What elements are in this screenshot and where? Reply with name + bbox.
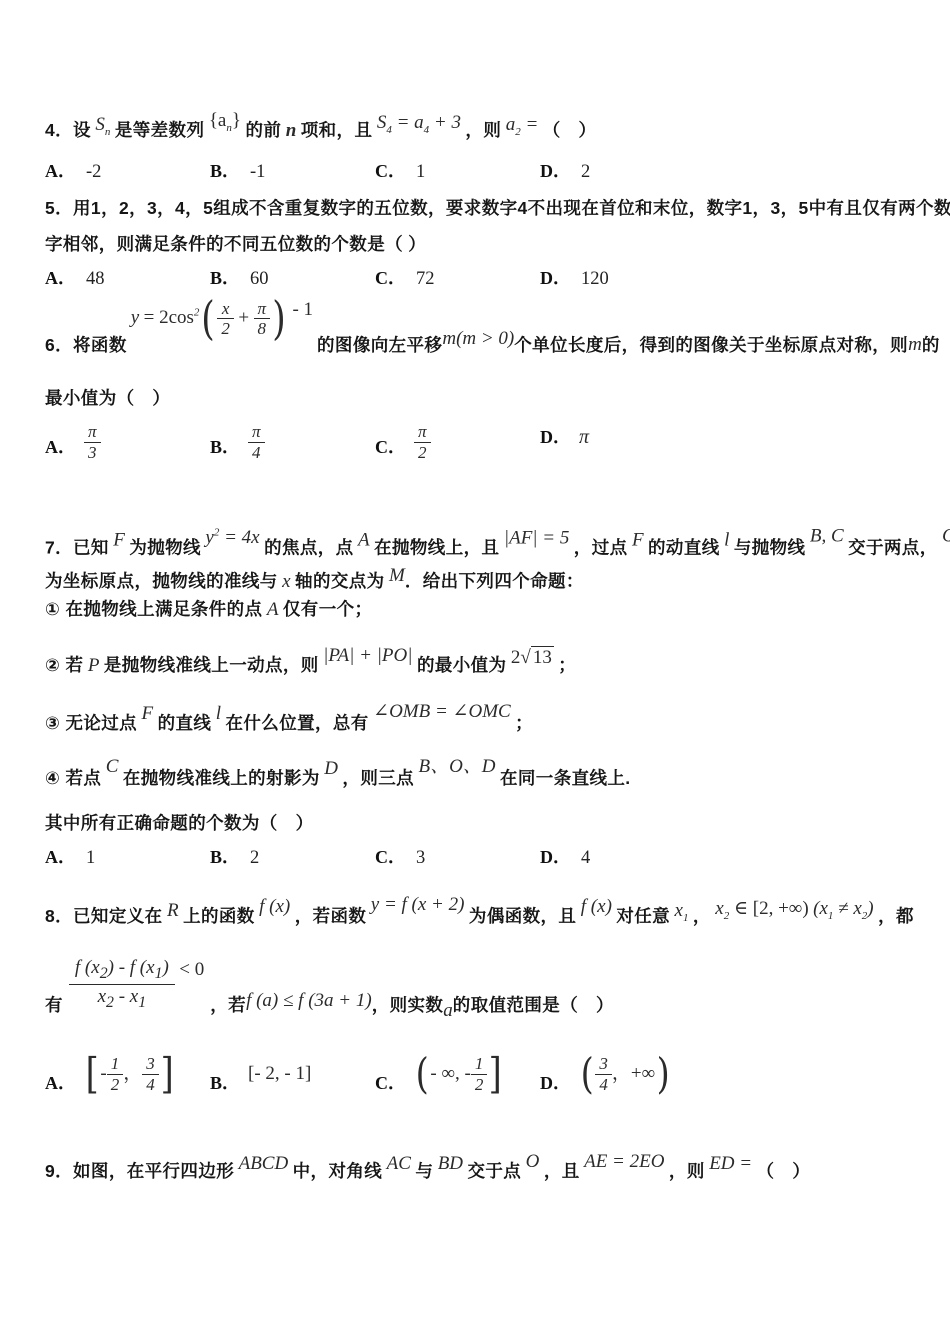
option-a: A．π3 [45, 422, 101, 462]
numerator: 1 [471, 1054, 488, 1075]
fraction: π2 [414, 422, 431, 462]
math-C: C [106, 756, 119, 777]
interval-value: (34，+∞) [579, 1054, 672, 1094]
math-interval: ∈ [2, +∞) [734, 898, 809, 919]
q5-text: 5．用1，2，3，4，5组成不含重复数字的五位数，要求数字4不出现在首位和末位，… [45, 198, 950, 218]
q7-text: 其中所有正确命题的个数为（ ） [45, 813, 314, 833]
math-base: a [506, 114, 516, 135]
math-eq: = 4x [224, 527, 260, 548]
q7-text: 与抛物线 [734, 537, 806, 557]
math-minus-1: - 1 [292, 299, 313, 320]
option-label: D． [540, 268, 571, 288]
math-2cos: = 2cos [144, 307, 194, 328]
math-part: - x [114, 986, 138, 1007]
math-O: O [526, 1151, 540, 1172]
option-label: A． [45, 268, 76, 288]
option-a: A．48 [45, 263, 105, 295]
question-9-stem: 9．如图，在平行四边形 ABCD 中，对角线 AC 与 BD 交于点 O ，且 … [45, 1147, 950, 1188]
option-a: A． [-12，34] [45, 1042, 175, 1106]
interval-value: [-12，34] [84, 1054, 175, 1094]
option-label: B． [210, 1068, 240, 1098]
q4-text: 设 [73, 120, 91, 140]
math-a: a [443, 1000, 453, 1022]
option-d: D． (34，+∞) [540, 1042, 672, 1106]
option-b: B．60 [210, 263, 269, 295]
option-value: -2 [86, 162, 101, 182]
interval-value: [- 2, - 1] [248, 1059, 311, 1089]
math-exponent: 2 [194, 307, 200, 319]
math-angle-equation: ∠OMB = ∠OMC [373, 701, 511, 722]
q7-item-text: 在抛物线准线上的射影为 [123, 768, 320, 788]
math-pi: π [579, 422, 589, 452]
option-value: 4 [581, 848, 590, 868]
math-x2-in-interval: x2 ∈ [2, +∞) [715, 898, 808, 919]
math-sub: 2 [515, 126, 521, 138]
math-fx: f (x) [581, 896, 612, 917]
question-4-stem: 4．设 Sn 是等差数列 {an} 的前 n 项和，且 S4 = a4 + 3 … [45, 106, 950, 147]
math-F: F [632, 529, 644, 550]
option-d: D．π [540, 422, 589, 452]
option-c: C．72 [375, 263, 435, 295]
math-BC: B, C [810, 525, 844, 546]
option-label: A． [45, 847, 76, 867]
radical-coefficient: 2 [511, 647, 521, 668]
denominator: 2 [217, 319, 234, 339]
math-sub: 1 [138, 994, 146, 1011]
math-sub: 1 [683, 912, 689, 924]
fraction: π4 [248, 422, 265, 462]
math-m-condition: (m > 0) [456, 328, 514, 350]
math-Sn: Sn [95, 114, 110, 135]
option-label: D． [540, 422, 571, 452]
question-7-item4: ④ 若点 C 在抛物线准线上的射影为 D ，则三点 B、O、D 在同一条直线上. [45, 752, 950, 795]
option-label: B． [210, 432, 240, 462]
option-label: B． [210, 161, 240, 181]
math-tail: + 3 [434, 112, 461, 133]
option-label: D． [540, 1068, 571, 1098]
denominator: 2 [471, 1075, 488, 1095]
q9-answer-paren: （ ） [757, 1161, 811, 1181]
q8-text: 为偶函数，且 [469, 906, 576, 926]
right-paren: ) [657, 1054, 670, 1094]
denominator: 3 [84, 443, 101, 463]
math-sub: 1 [155, 965, 163, 982]
question-7-item2: ② 若 P 是抛物线准线上一动点，则 |PA| + |PO| 的最小值为 2√1… [45, 641, 950, 682]
q7-item-text: 在什么位置，总有 [226, 713, 369, 733]
math-2-sqrt-13: 2√13 [511, 646, 554, 668]
denominator: x2 - x1 [69, 985, 175, 1013]
math-sub: 4 [424, 124, 430, 136]
right-bracket: ] [160, 1054, 173, 1094]
numerator: π [254, 299, 271, 320]
option-a: A．1 [45, 842, 95, 874]
q9-text: 与 [415, 1161, 433, 1181]
right-paren: ) [272, 298, 285, 339]
question-8-line2: 有 f (x2) - f (x1) x2 - x1 < 0 ，若 f (a) ≤… [45, 956, 614, 1022]
q7-item-text: ② 若 [45, 655, 83, 675]
denominator: 8 [254, 319, 271, 339]
option-b: B．-1 [210, 156, 265, 188]
denominator: 4 [142, 1075, 159, 1095]
option-c: C．1 [375, 156, 425, 188]
q8-text: ，若函数 [295, 906, 367, 926]
question-8-line1: 8．已知定义在 R 上的函数 f (x) ，若函数 y = f (x + 2) … [45, 890, 950, 933]
option-label: A． [45, 161, 76, 181]
q4-answer-paren: （ ） [543, 120, 597, 140]
option-d: D．120 [540, 263, 609, 295]
option-value: 1 [416, 162, 425, 182]
math-l: l [724, 529, 729, 550]
math-sub: 2 [100, 965, 108, 982]
math-x1-neq-x2: (x1 ≠ x2) [813, 898, 873, 919]
big-fraction: f (x2) - f (x1) x2 - x1 [69, 956, 175, 1014]
q4-number: 4． [45, 120, 73, 140]
option-label: D． [540, 161, 571, 181]
math-PA-plus-PO: |PA| + |PO| [323, 645, 412, 666]
question-7-line1: 7．已知 F 为抛物线 y2 = 4x 的焦点，点 A 在抛物线上，且 |AF|… [45, 518, 950, 564]
option-value: 3 [416, 848, 425, 868]
q9-text: 交于点 [467, 1161, 521, 1181]
comma: ， [123, 1063, 142, 1084]
math-A: A [267, 599, 279, 620]
numerator: 3 [142, 1054, 159, 1075]
q7-text: 的动直线 [648, 537, 720, 557]
math-part: ) [163, 957, 169, 978]
math-brace: } [232, 110, 241, 131]
fraction: 34 [142, 1054, 159, 1094]
math-sub: 4 [386, 124, 392, 136]
option-d: D．2 [540, 156, 590, 188]
q7-text: 交于两点， [848, 537, 938, 557]
math-cos-formula: y = 2cos2(x2 + π8) - 1 [131, 298, 313, 339]
math-A: A [358, 529, 370, 550]
math-close: ) [867, 898, 873, 919]
question-6-stem: 6．将函数 y = 2cos2(x2 + π8) - 1 的图像向左平移 m(m… [45, 298, 940, 357]
math-y: y [205, 527, 213, 548]
q8-text: 的取值范围是（ ） [453, 992, 614, 1017]
question-7-item3: ③ 无论过点 F 的直线 l 在什么位置，总有 ∠OMB = ∠OMC ； [45, 697, 950, 740]
math-part: f (x [75, 957, 100, 978]
math-lt-0: < 0 [179, 959, 204, 980]
math-m: m [908, 334, 922, 356]
q9-text: ，且 [544, 1161, 580, 1181]
q6-text: 6．将函数 [45, 332, 127, 357]
q7-text: 为坐标原点，抛物线的准线与 [45, 571, 278, 591]
math-base: x [675, 900, 683, 921]
math-eq: = 2cos2 [144, 307, 200, 328]
math-plus: + [238, 308, 249, 329]
q7-text: 为抛物线 [129, 537, 201, 557]
math-y-eq-fx2: y = f (x + 2) [371, 894, 465, 915]
denominator: 2 [107, 1075, 124, 1095]
numerator: π [84, 422, 101, 443]
numerator: π [248, 422, 265, 443]
q8-text: 8．已知定义在 [45, 906, 163, 926]
math-l: l [216, 703, 221, 724]
math-mid: = a [397, 112, 424, 133]
math-AC: AC [387, 1153, 411, 1174]
q4-text: 的前 [245, 120, 281, 140]
option-c: C． (- ∞, -12] [375, 1042, 504, 1106]
q7-item-text: 仅有一个； [283, 599, 373, 619]
denominator: 4 [248, 443, 265, 463]
option-value: 2 [581, 162, 590, 182]
q6-text: 的图像向左平移 [317, 332, 442, 357]
q7-item-text: 的直线 [158, 713, 212, 733]
math-ABCD: ABCD [239, 1153, 289, 1174]
q6-text: 个单位长度后，得到的图像关于坐标原点对称，则 [514, 332, 908, 357]
fraction-x-over-2: x2 [217, 299, 234, 339]
left-bracket: [ [86, 1054, 99, 1094]
math-x1: x1 [675, 900, 689, 921]
math-sub: 2 [724, 910, 730, 922]
math-D: D [324, 758, 338, 779]
question-5-line1: 5．用1，2，3，4，5组成不含重复数字的五位数，要求数字4不出现在首位和末位，… [45, 193, 950, 225]
option-a: A．-2 [45, 156, 101, 188]
denominator: 4 [595, 1075, 612, 1095]
option-label: C． [375, 847, 406, 867]
math-BOD: B、O、D [418, 756, 495, 777]
fraction: 12 [471, 1054, 488, 1094]
interval-value: (- ∞, -12] [414, 1054, 504, 1094]
q7-text: ，过点 [574, 537, 628, 557]
math-y: y [131, 307, 139, 328]
radicand: 13 [531, 646, 554, 668]
math-m: m [442, 328, 456, 350]
interval-text: - ∞, - [430, 1063, 470, 1084]
math-AF-eq-5: |AF| = 5 [504, 527, 569, 548]
option-b: B．π4 [210, 422, 265, 462]
question-5-line2: 字相邻，则满足条件的不同五位数的个数是（ ） [45, 229, 950, 261]
math-a2-equals: a2 = [506, 114, 539, 135]
numerator: x [217, 299, 234, 320]
math-sub: 2 [106, 994, 114, 1011]
exam-page: 4．设 Sn 是等差数列 {an} 的前 n 项和，且 S4 = a4 + 3 … [0, 0, 950, 1344]
q7-item-text: 的最小值为 [417, 655, 507, 675]
math-base: S [95, 114, 105, 135]
math-fa-ineq: f (a) ≤ f (3a + 1) [246, 990, 372, 1012]
left-paren: ( [416, 1054, 429, 1094]
question-6-line2: 最小值为（ ） [45, 383, 950, 415]
math-BD: BD [438, 1153, 463, 1174]
q8-text: 有 [45, 992, 63, 1017]
question-6-options: A．π3 B．π4 C．π2 D．π [45, 422, 950, 472]
q9-text: ，则 [669, 1161, 705, 1181]
option-label: C． [375, 268, 406, 288]
math-exponent: 2 [214, 527, 220, 539]
q7-text: ．给出下列四个命题： [405, 571, 584, 591]
option-value: 1 [86, 848, 95, 868]
q8-text: ，若 [210, 992, 246, 1017]
q7-text: 7．已知 [45, 537, 109, 557]
math-sub: n [105, 126, 111, 138]
option-label: B． [210, 847, 240, 867]
q7-item-text: 在同一条直线上. [500, 768, 631, 788]
math-M: M [389, 565, 405, 586]
math-open: (x [813, 898, 828, 919]
q9-text: 中，对角线 [293, 1161, 383, 1181]
math-x: x [282, 571, 290, 592]
q8-text: ，都 [878, 906, 914, 926]
fraction: π3 [84, 422, 101, 462]
math-base: x [715, 898, 723, 919]
left-paren: ( [202, 298, 215, 339]
q8-text: ，则实数 [372, 992, 444, 1017]
fraction-pi-over-8: π8 [254, 299, 271, 339]
numerator: 1 [107, 1054, 124, 1075]
option-value: 120 [581, 269, 609, 289]
option-b: B． [- 2, - 1] [210, 1042, 311, 1106]
math-difference-quotient: f (x2) - f (x1) x2 - x1 < 0 [69, 956, 204, 1014]
q4-text: 是等差数列 [115, 120, 205, 140]
math-brace: {a [209, 110, 227, 131]
numerator: f (x2) - f (x1) [69, 956, 175, 985]
denominator: 2 [414, 443, 431, 463]
question-8-options: A． [-12，34] B． [- 2, - 1] C． (- ∞, -12] … [45, 1042, 950, 1112]
option-value: 2 [250, 848, 259, 868]
q7-item-text: ，则三点 [342, 768, 414, 788]
math-part: ) - f (x [108, 957, 155, 978]
option-c: C．3 [375, 842, 425, 874]
math-AE-eq-2EO: AE = 2EO [584, 1151, 664, 1172]
q9-text: 9．如图，在平行四边形 [45, 1161, 234, 1181]
option-label: B． [210, 268, 240, 288]
q8-text: 对任意 [616, 906, 670, 926]
option-value: -1 [250, 162, 265, 182]
math-F: F [113, 529, 125, 550]
q6-text: 的 [922, 332, 940, 357]
numerator: π [414, 422, 431, 443]
interval-text: ，+∞ [612, 1063, 655, 1084]
q4-text: ，则 [465, 120, 501, 140]
q7-item-text: ④ 若点 [45, 768, 101, 788]
option-c: C．π2 [375, 422, 431, 462]
q8-text: 上的函数 [183, 906, 255, 926]
option-value: 60 [250, 269, 269, 289]
fraction: 34 [595, 1054, 612, 1094]
option-value: 72 [416, 269, 435, 289]
math-parabola-eq: y2 = 4x [205, 527, 259, 548]
q4-text: 项和，且 [301, 120, 373, 140]
math-part: x [98, 986, 106, 1007]
q7-text: 在抛物线上，且 [374, 537, 499, 557]
q7-text: 的焦点，点 [264, 537, 354, 557]
q5-text: 字相邻，则满足条件的不同五位数的个数是（ ） [45, 234, 426, 254]
option-value: 48 [86, 269, 105, 289]
left-paren: ( [581, 1054, 594, 1094]
math-n: n [286, 120, 297, 141]
option-label: A． [45, 432, 76, 462]
q7-item-text: ； [558, 655, 576, 675]
q6-text: 最小值为（ ） [45, 388, 170, 408]
option-label: C． [375, 432, 406, 462]
fraction: 12 [107, 1054, 124, 1094]
math-R: R [167, 900, 179, 921]
q7-item-text: ； [515, 713, 533, 733]
option-label: A． [45, 1068, 76, 1098]
option-b: B．2 [210, 842, 259, 874]
right-bracket: ] [489, 1054, 502, 1094]
option-label: C． [375, 1068, 406, 1098]
numerator: 3 [595, 1054, 612, 1075]
q7-text: 轴的交点为 [295, 571, 385, 591]
question-7-count: 其中所有正确命题的个数为（ ） [45, 808, 950, 840]
math-ED-equals: ED = [709, 1153, 752, 1174]
math-F: F [142, 703, 154, 724]
radical-sign: √ [520, 647, 530, 668]
option-label: C． [375, 161, 406, 181]
math-P: P [88, 655, 100, 676]
q7-item-text: 是抛物线准线上一动点，则 [104, 655, 319, 675]
math-equals: = [525, 114, 538, 135]
math-base: S [377, 112, 387, 133]
math-an-sequence: {an} [209, 110, 241, 131]
option-d: D．4 [540, 842, 590, 874]
q7-item-text: ① 在抛物线上满足条件的点 [45, 599, 262, 619]
math-sub: 1 [828, 910, 834, 922]
question-7-line2: 为坐标原点，抛物线的准线与 x 轴的交点为 M．给出下列四个命题： [45, 561, 950, 598]
math-neq: ≠ x [838, 898, 862, 919]
q7-item-text: ③ 无论过点 [45, 713, 137, 733]
option-label: D． [540, 847, 571, 867]
math-O: O [942, 525, 950, 546]
question-7-item1: ① 在抛物线上满足条件的点 A 仅有一个； [45, 594, 950, 626]
math-S4-equation: S4 = a4 + 3 [377, 112, 461, 133]
q8-text: ， [693, 906, 711, 926]
math-fx: f (x) [259, 896, 290, 917]
